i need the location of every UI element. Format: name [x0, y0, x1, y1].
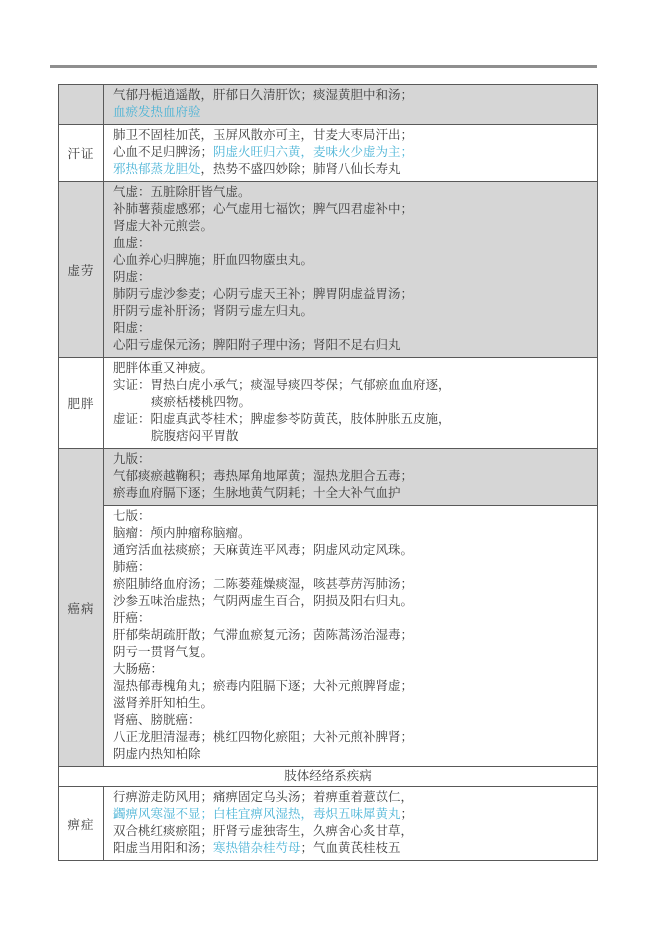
mnemonic-text: 肾癌、膀胱癌：: [113, 713, 201, 727]
mnemonic-text: 肝癌：: [113, 611, 151, 625]
content-block: 行痹游走防风用；痛痹固定乌头汤；着痹重着薏苡仁，蠲痹风寒湿不显；白桂宜痹风湿热，…: [104, 787, 597, 860]
content-block: 肥胖体重又神疲。实证：胃热白虎小承气；痰湿导痰四苓保；气郁瘀血血府逐，痰瘀栝楼桃…: [104, 358, 597, 448]
mnemonic-text: 九版：: [113, 452, 151, 466]
mnemonic-text: 气郁痰瘀越鞠积；毒热犀角地犀黄；湿热龙胆合五毒；: [113, 469, 413, 483]
mnemonic-text: 通窍活血祛痰瘀；天麻黄连平风毒；阴虚风动定风珠。: [113, 543, 413, 557]
mnemonic-text: 肥胖体重又神疲。: [113, 361, 213, 375]
text-line: 肝阴亏虚补肝汤；肾阴亏虚左归丸。: [113, 303, 593, 320]
text-line: 沙参五味治虚热；气阴两虚生百合，阴损及阳右归丸。: [113, 593, 593, 610]
section-continued-top: 气郁丹栀逍遥散，肝郁日久清肝饮；痰湿黄胆中和汤；血瘀发热血府验: [59, 85, 597, 125]
text-line: 肾癌、膀胱癌：: [113, 712, 593, 729]
section-content-xulao: 气虚：五脏除肝皆气虚。补肺薯蓣虚感邪；心气虚用七福饮；脾气四君虚补中；肾虚大补元…: [104, 182, 597, 357]
highlighted-mnemonic-text: 邪热郁蒸龙胆处: [113, 162, 201, 176]
mnemonic-text: 行痹游走防风用；痛痹固定乌头汤；着痹重着薏苡仁，: [113, 790, 413, 804]
mnemonic-text: 肝阴亏虚补肝汤；肾阴亏虚左归丸。: [113, 304, 313, 318]
section-content-feipang: 肥胖体重又神疲。实证：胃热白虎小承气；痰湿导痰四苓保；气郁瘀血血府逐，痰瘀栝楼桃…: [104, 358, 597, 448]
mnemonic-text: 滋肾养肝知柏生。: [113, 696, 213, 710]
content-block: 九版：气郁痰瘀越鞠积；毒热犀角地犀黄；湿热龙胆合五毒；瘀毒血府膈下逐；生脉地黄气…: [104, 449, 597, 505]
text-line: 阴亏一贯肾气复。: [113, 644, 593, 661]
section-label-feipang: 肥胖: [59, 358, 104, 448]
text-line: 蠲痹风寒湿不显；白桂宜痹风湿热，毒炽五味犀黄丸；: [113, 806, 593, 823]
text-line: 肾虚大补元煎尝。: [113, 218, 593, 235]
mnemonic-text: 肺癌：: [113, 560, 151, 574]
mnemonic-text: ，热势不盛四妙除；肺肾八仙长寿丸: [201, 162, 401, 176]
section-content-continued-top: 气郁丹栀逍遥散，肝郁日久清肝饮；痰湿黄胆中和汤；血瘀发热血府验: [104, 85, 597, 124]
document-page: 气郁丹栀逍遥散，肝郁日久清肝饮；痰湿黄胆中和汤；血瘀发热血府验汗证肺卫不固桂加芪…: [0, 0, 660, 933]
mnemonic-text: ；气血黄芪桂枝五: [301, 841, 401, 855]
page-header-rule: [50, 65, 597, 68]
section-content-hanzheng: 肺卫不固桂加芪，玉屏风散亦可主，甘麦大枣局汗出；心血不足归脾汤；阴虚火旺归六黄，…: [104, 125, 597, 181]
mnemonic-text: 阴虚内热知柏除: [113, 747, 201, 761]
mnemonic-text: 肝郁柴胡疏肝散；气滞血瘀复元汤；茵陈蒿汤治湿毒；: [113, 628, 413, 642]
mnemonic-text: 瘀毒血府膈下逐；生脉地黄气阴耗；十全大补气血护: [113, 486, 401, 500]
mnemonic-text: 沙参五味治虚热；气阴两虚生百合，阴损及阳右归丸。: [113, 594, 413, 608]
text-line: 肥胖体重又神疲。: [113, 360, 593, 377]
mnemonic-text: 双合桃红痰瘀阻；肝肾亏虚独寄生，久痹舍心炙甘草，: [113, 824, 413, 838]
section-feipang: 肥胖肥胖体重又神疲。实证：胃热白虎小承气；痰湿导痰四苓保；气郁瘀血血府逐，痰瘀栝…: [59, 358, 597, 449]
content-block: 肺卫不固桂加芪，玉屏风散亦可主，甘麦大枣局汗出；心血不足归脾汤；阴虚火旺归六黄，…: [104, 125, 597, 181]
mnemonic-text: 阳虚：: [113, 321, 151, 335]
text-line: 阳虚：: [113, 320, 593, 337]
mnemonic-text: 八正龙胆清湿毒；桃红四物化瘀阻；大补元煎补脾肾；: [113, 730, 413, 744]
mnemonic-text: 大肠癌：: [113, 662, 163, 676]
mnemonic-text: 阴亏一贯肾气复。: [113, 645, 213, 659]
mnemonic-text: 脘腹痞闷平胃散: [151, 429, 239, 443]
medicine-table: 气郁丹栀逍遥散，肝郁日久清肝饮；痰湿黄胆中和汤；血瘀发热血府验汗证肺卫不固桂加芪…: [58, 84, 598, 861]
text-line: 邪热郁蒸龙胆处，热势不盛四妙除；肺肾八仙长寿丸: [113, 161, 593, 178]
section-label-hanzheng: 汗证: [59, 125, 104, 181]
mnemonic-text: 肾虚大补元煎尝。: [113, 219, 213, 233]
mnemonic-text: 心血不足归脾汤；: [113, 145, 213, 159]
mnemonic-text: 心血养心归脾施；肝血四物䗪虫丸。: [113, 253, 313, 267]
mnemonic-text: 阴虚：: [113, 270, 151, 284]
mnemonic-text: 虚证：阳虚真武苓桂术；脾虚参苓防黄芪，肢体肿胀五皮施，: [113, 412, 451, 426]
text-line: 阴虚：: [113, 269, 593, 286]
content-block: 气虚：五脏除肝皆气虚。补肺薯蓣虚感邪；心气虚用七福饮；脾气四君虚补中；肾虚大补元…: [104, 182, 597, 357]
text-line: 八正龙胆清湿毒；桃红四物化瘀阻；大补元煎补脾肾；: [113, 729, 593, 746]
text-line: 心血养心归脾施；肝血四物䗪虫丸。: [113, 252, 593, 269]
content-block: 七版：脑瘤：颅内肿瘤称脑瘤。通窍活血祛痰瘀；天麻黄连平风毒；阴虚风动定风珠。肺癌…: [104, 505, 597, 766]
section-xulao: 虚劳气虚：五脏除肝皆气虚。补肺薯蓣虚感邪；心气虚用七福饮；脾气四君虚补中；肾虚大…: [59, 182, 597, 358]
section-content-bizheng: 行痹游走防风用；痛痹固定乌头汤；着痹重着薏苡仁，蠲痹风寒湿不显；白桂宜痹风湿热，…: [104, 787, 597, 860]
text-line: 行痹游走防风用；痛痹固定乌头汤；着痹重着薏苡仁，: [113, 789, 593, 806]
content-block: 气郁丹栀逍遥散，肝郁日久清肝饮；痰湿黄胆中和汤；血瘀发热血府验: [104, 85, 597, 124]
text-line: 滋肾养肝知柏生。: [113, 695, 593, 712]
text-line: 肺癌：: [113, 559, 593, 576]
text-line: 肺卫不固桂加芪，玉屏风散亦可主，甘麦大枣局汗出；: [113, 127, 593, 144]
section-label-continued-top: [59, 85, 104, 124]
text-line: 瘀毒血府膈下逐；生脉地黄气阴耗；十全大补气血护: [113, 485, 593, 502]
mnemonic-text: 湿热郁毒槐角丸；瘀毒内阻膈下逐；大补元煎脾肾虚；: [113, 679, 413, 693]
text-line: 痰瘀栝楼桃四物。: [113, 394, 593, 411]
text-line: 虚证：阳虚真武苓桂术；脾虚参苓防黄芪，肢体肿胀五皮施，: [113, 411, 593, 428]
text-line: 通窍活血祛痰瘀；天麻黄连平风毒；阴虚风动定风珠。: [113, 542, 593, 559]
mnemonic-text: 实证：胃热白虎小承气；痰湿导痰四苓保；气郁瘀血血府逐，: [113, 378, 451, 392]
section-band-title: 肢体经络系疾病: [59, 767, 597, 787]
mnemonic-text: ；: [401, 807, 414, 821]
text-line: 气郁痰瘀越鞠积；毒热犀角地犀黄；湿热龙胆合五毒；: [113, 468, 593, 485]
text-line: 血虚：: [113, 235, 593, 252]
text-line: 阴虚内热知柏除: [113, 746, 593, 763]
text-line: 瘀阻肺络血府汤；二陈蒌薤燥痰湿，咳甚葶苈泻肺汤；: [113, 576, 593, 593]
section-aibing: 癌病九版：气郁痰瘀越鞠积；毒热犀角地犀黄；湿热龙胆合五毒；瘀毒血府膈下逐；生脉地…: [59, 449, 597, 767]
section-label-aibing: 癌病: [59, 449, 104, 766]
highlighted-mnemonic-text: 蠲痹风寒湿不显；白桂宜痹风湿热，毒炽五味犀黄丸: [113, 807, 401, 821]
mnemonic-text: 气郁丹栀逍遥散，肝郁日久清肝饮；痰湿黄胆中和汤；: [113, 88, 413, 102]
mnemonic-text: 脑瘤：颅内肿瘤称脑瘤。: [113, 526, 251, 540]
mnemonic-text: 阳虚当用阳和汤；: [113, 841, 213, 855]
mnemonic-text: 肺卫不固桂加芪，玉屏风散亦可主，甘麦大枣局汗出；: [113, 128, 413, 142]
mnemonic-text: 痰瘀栝楼桃四物。: [151, 395, 251, 409]
text-line: 补肺薯蓣虚感邪；心气虚用七福饮；脾气四君虚补中；: [113, 201, 593, 218]
text-line: 肝癌：: [113, 610, 593, 627]
section-hanzheng: 汗证肺卫不固桂加芪，玉屏风散亦可主，甘麦大枣局汗出；心血不足归脾汤；阴虚火旺归六…: [59, 125, 597, 182]
text-line: 肺阴亏虚沙参麦；心阴亏虚天王补；脾胃阴虚益胃汤；: [113, 286, 593, 303]
section-label-bizheng: 痹症: [59, 787, 104, 860]
section-bizheng: 痹症行痹游走防风用；痛痹固定乌头汤；着痹重着薏苡仁，蠲痹风寒湿不显；白桂宜痹风湿…: [59, 787, 597, 860]
text-line: 大肠癌：: [113, 661, 593, 678]
mnemonic-text: 七版：: [113, 509, 151, 523]
text-line: 心阳亏虚保元汤；脾阳附子理中汤；肾阳不足右归丸: [113, 337, 593, 354]
mnemonic-text: 气虚：五脏除肝皆气虚。: [113, 185, 251, 199]
text-line: 肝郁柴胡疏肝散；气滞血瘀复元汤；茵陈蒿汤治湿毒；: [113, 627, 593, 644]
text-line: 实证：胃热白虎小承气；痰湿导痰四苓保；气郁瘀血血府逐，: [113, 377, 593, 394]
mnemonic-text: 瘀阻肺络血府汤；二陈蒌薤燥痰湿，咳甚葶苈泻肺汤；: [113, 577, 413, 591]
highlighted-mnemonic-text: 血瘀发热血府验: [113, 105, 201, 119]
text-line: 七版：: [113, 508, 593, 525]
text-line: 脑瘤：颅内肿瘤称脑瘤。: [113, 525, 593, 542]
mnemonic-text: 血虚：: [113, 236, 151, 250]
section-label-xulao: 虚劳: [59, 182, 104, 357]
section-content-aibing: 九版：气郁痰瘀越鞠积；毒热犀角地犀黄；湿热龙胆合五毒；瘀毒血府膈下逐；生脉地黄气…: [104, 449, 597, 766]
text-line: 气郁丹栀逍遥散，肝郁日久清肝饮；痰湿黄胆中和汤；: [113, 87, 593, 104]
text-line: 阳虚当用阳和汤；寒热错杂桂芍母；气血黄芪桂枝五: [113, 840, 593, 857]
mnemonic-text: 补肺薯蓣虚感邪；心气虚用七福饮；脾气四君虚补中；: [113, 202, 413, 216]
highlighted-mnemonic-text: 阴虚火旺归六黄，麦味火少虚为主；: [213, 145, 413, 159]
text-line: 血瘀发热血府验: [113, 104, 593, 121]
highlighted-mnemonic-text: 寒热错杂桂芍母: [213, 841, 301, 855]
mnemonic-text: 心阳亏虚保元汤；脾阳附子理中汤；肾阳不足右归丸: [113, 338, 401, 352]
text-line: 气虚：五脏除肝皆气虚。: [113, 184, 593, 201]
text-line: 脘腹痞闷平胃散: [113, 428, 593, 445]
mnemonic-text: 肺阴亏虚沙参麦；心阴亏虚天王补；脾胃阴虚益胃汤；: [113, 287, 413, 301]
text-line: 湿热郁毒槐角丸；瘀毒内阻膈下逐；大补元煎脾肾虚；: [113, 678, 593, 695]
text-line: 九版：: [113, 451, 593, 468]
text-line: 双合桃红痰瘀阻；肝肾亏虚独寄生，久痹舍心炙甘草，: [113, 823, 593, 840]
text-line: 心血不足归脾汤；阴虚火旺归六黄，麦味火少虚为主；: [113, 144, 593, 161]
